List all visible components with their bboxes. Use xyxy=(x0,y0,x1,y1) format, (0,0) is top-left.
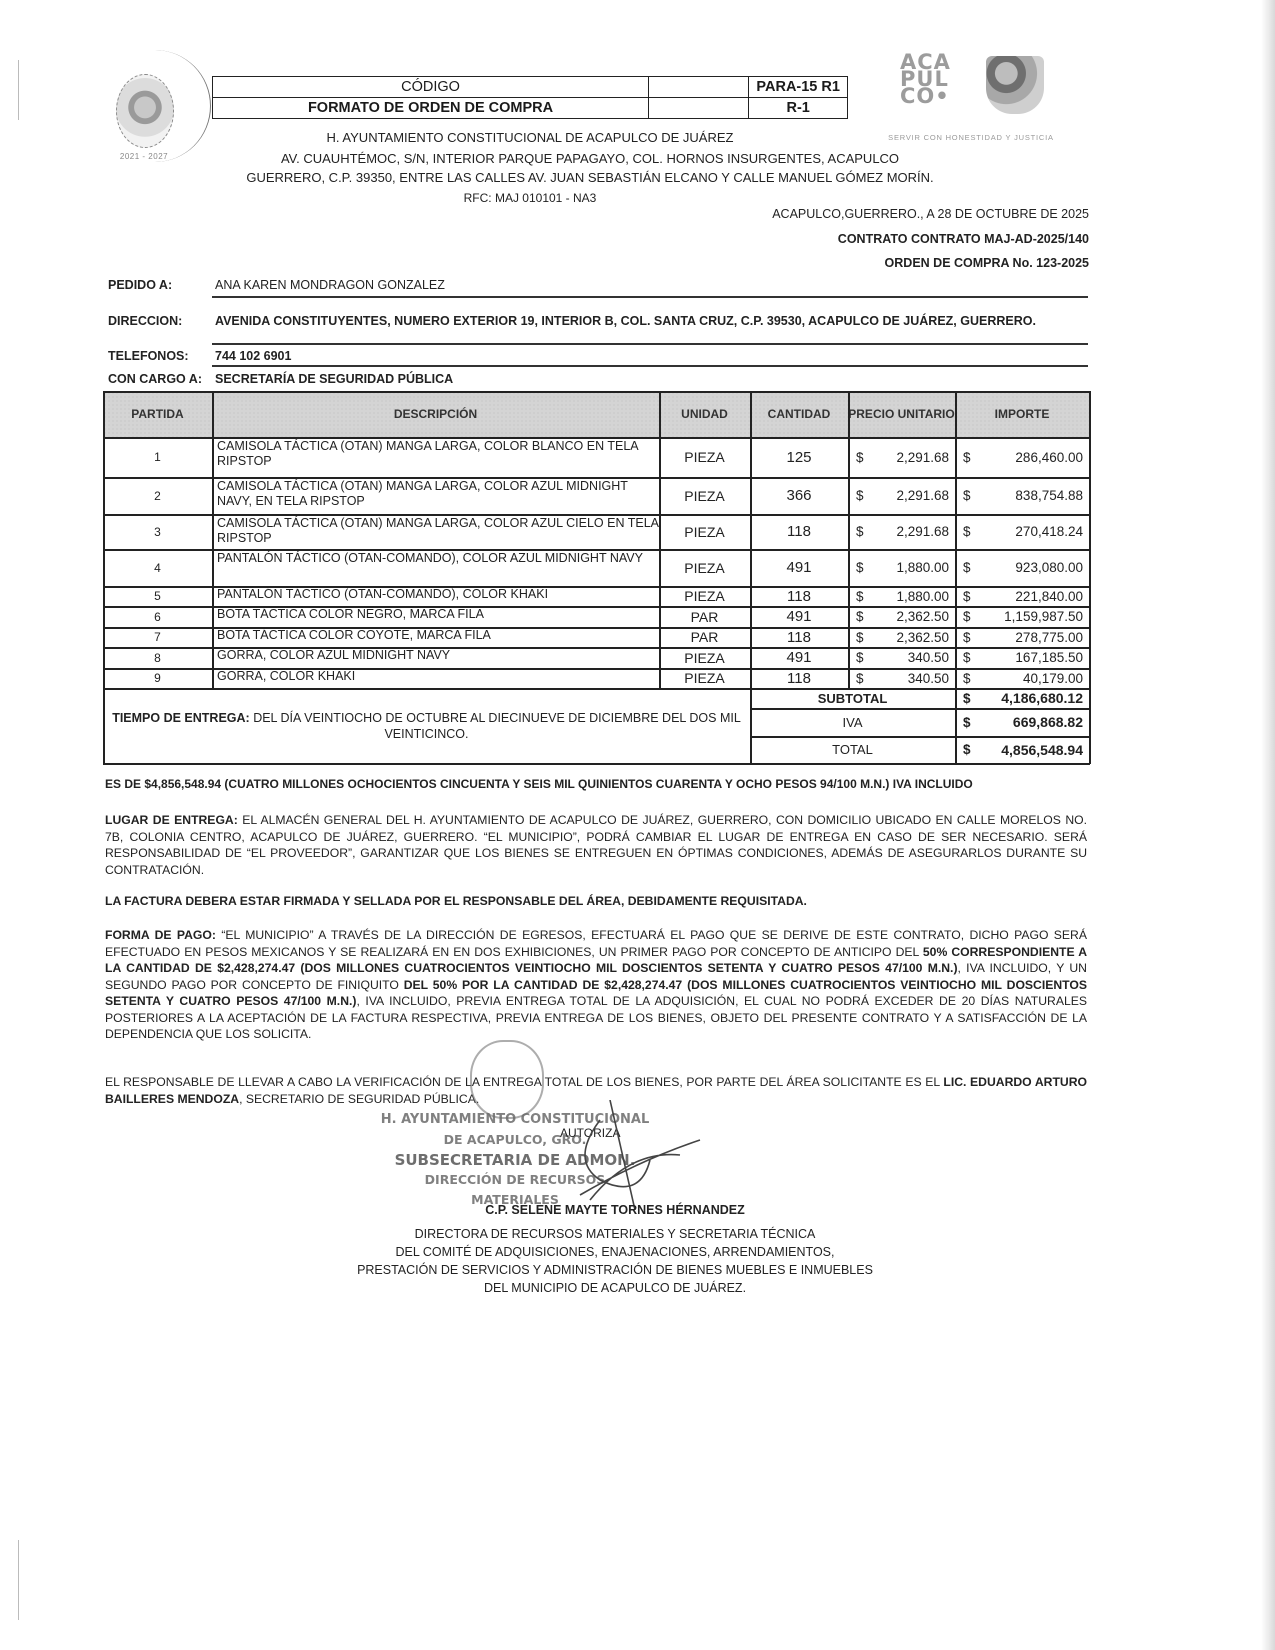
row-description: GORRA, COLOR AZUL MIDNIGHT NAVY xyxy=(212,647,659,668)
row-unit-price-currency: $ xyxy=(848,437,878,477)
row-partida: 1 xyxy=(103,437,212,477)
signer-title-line: DEL COMITÉ DE ADQUISICIONES, ENAJENACION… xyxy=(300,1243,930,1261)
row-amount-currency: $ xyxy=(955,668,985,688)
row-amount-currency: $ xyxy=(955,586,985,606)
signer-name: C.P. SELENE MAYTE TORNES HÉRNANDEZ xyxy=(300,1203,930,1217)
row-unit-price-currency: $ xyxy=(848,606,878,627)
row-unit-price: 2,291.68 xyxy=(878,477,955,514)
place-date: ACAPULCO,GUERRERO., A 28 DE OCTUBRE DE 2… xyxy=(772,207,1089,221)
scan-edge-shadow xyxy=(1261,0,1275,1650)
table-rule xyxy=(103,763,1090,765)
revision-value: R-1 xyxy=(749,98,848,119)
field-underline xyxy=(212,365,1088,367)
table-rule xyxy=(103,549,1089,551)
supplier-name: ANA KAREN MONDRAGON GONZALEZ xyxy=(215,278,445,292)
acapulco-brand-logo: ACA PUL CO• xyxy=(900,54,966,105)
row-unit: PAR xyxy=(659,606,750,627)
row-quantity: 366 xyxy=(750,477,848,514)
supplier-address: AVENIDA CONSTITUYENTES, NUMERO EXTERIOR … xyxy=(215,314,1036,328)
header-importe: IMPORTE xyxy=(955,391,1089,437)
row-unit: PIEZA xyxy=(659,647,750,668)
total-value: 4,856,548.94 xyxy=(985,736,1089,763)
row-partida: 4 xyxy=(103,549,212,586)
row-partida: 6 xyxy=(103,606,212,627)
table-rule xyxy=(103,391,105,763)
table-rule xyxy=(103,647,1089,649)
row-description: PANTALÓN TÁCTICO (OTAN-COMANDO), COLOR A… xyxy=(212,549,659,586)
row-amount: 270,418.24 xyxy=(985,514,1089,549)
row-unit-price-currency: $ xyxy=(848,647,878,668)
row-amount: 1,159,987.50 xyxy=(985,606,1089,627)
row-unit-price-currency: $ xyxy=(848,514,878,549)
table-rule xyxy=(103,586,1089,588)
row-amount-currency: $ xyxy=(955,627,985,647)
brand-tagline: SERVIR CON HONESTIDAD Y JUSTICIA xyxy=(866,133,1076,142)
row-amount-currency: $ xyxy=(955,514,985,549)
row-amount-currency: $ xyxy=(955,647,985,668)
table-rule xyxy=(103,437,1089,439)
cargo-label: CON CARGO A: xyxy=(108,372,202,386)
charged-department: SECRETARÍA DE SEGURIDAD PÚBLICA xyxy=(215,372,453,386)
field-underline xyxy=(212,343,1088,345)
code-value: PARA-15 R1 xyxy=(749,77,848,98)
row-unit-price: 1,880.00 xyxy=(878,549,955,586)
scan-mark xyxy=(18,60,19,120)
row-unit-price-currency: $ xyxy=(848,627,878,647)
pedido-label: PEDIDO A: xyxy=(108,278,172,292)
row-partida: 3 xyxy=(103,514,212,549)
row-amount-currency: $ xyxy=(955,606,985,627)
supplier-phone: 744 102 6901 xyxy=(215,349,291,363)
row-unit-price: 1,880.00 xyxy=(878,586,955,606)
row-quantity: 118 xyxy=(750,586,848,606)
table-rule xyxy=(955,391,957,763)
table-rule xyxy=(659,391,661,688)
table-rule xyxy=(1089,391,1091,764)
row-amount: 923,080.00 xyxy=(985,549,1089,586)
responsible-tail: , SECRETARIO DE SEGURIDAD PÚBLICA. xyxy=(239,1092,479,1106)
subtotal-value: 4,186,680.12 xyxy=(985,688,1089,708)
payment-terms-paragraph: FORMA DE PAGO: “EL MUNICIPIO” A TRAVÉS D… xyxy=(105,927,1087,1043)
total-currency: $ xyxy=(955,736,985,763)
logo-line: CO• xyxy=(900,88,966,105)
row-quantity: 491 xyxy=(750,606,848,627)
row-unit-price: 2,291.68 xyxy=(878,437,955,477)
signer-title-line: PRESTACIÓN DE SERVICIOS Y ADMINISTRACIÓN… xyxy=(300,1261,930,1279)
row-amount: 167,185.50 xyxy=(985,647,1089,668)
header-unidad: UNIDAD xyxy=(659,391,750,437)
amount-in-words: ES DE $4,856,548.94 (CUATRO MILLONES OCH… xyxy=(105,776,1087,793)
row-quantity: 491 xyxy=(750,549,848,586)
purchase-order-number: ORDEN DE COMPRA No. 123-2025 xyxy=(885,256,1089,270)
acapulco-shield-logo xyxy=(986,56,1044,114)
row-unit-price-currency: $ xyxy=(848,477,878,514)
address-line-2: GUERRERO, C.P. 39350, ENTRE LAS CALLES A… xyxy=(180,170,1000,185)
direccion-label: DIRECCION: xyxy=(108,314,182,328)
row-description: GORRA, COLOR KHAKI xyxy=(212,668,659,688)
row-unit: PIEZA xyxy=(659,437,750,477)
row-unit-price: 340.50 xyxy=(878,647,955,668)
row-amount-currency: $ xyxy=(955,477,985,514)
row-quantity: 118 xyxy=(750,627,848,647)
row-amount-currency: $ xyxy=(955,549,985,586)
rfc: RFC: MAJ 010101 - NA3 xyxy=(212,191,848,205)
row-description: CAMISOLA TÁCTICA (OTAN) MANGA LARGA, COL… xyxy=(212,477,659,514)
total-label: TOTAL xyxy=(750,736,955,763)
row-unit: PIEZA xyxy=(659,549,750,586)
contract-number: CONTRATO CONTRATO MAJ-AD-2025/140 xyxy=(838,232,1089,246)
row-partida: 7 xyxy=(103,627,212,647)
row-unit-price: 340.50 xyxy=(878,668,955,688)
signer-title-line: DIRECTORA DE RECURSOS MATERIALES Y SECRE… xyxy=(300,1225,930,1243)
table-rule xyxy=(750,708,1089,710)
row-amount-currency: $ xyxy=(955,437,985,477)
row-unit-price: 2,291.68 xyxy=(878,514,955,549)
signer-title-line: DEL MUNICIPIO DE ACAPULCO DE JUÁREZ. xyxy=(300,1279,930,1297)
row-unit: PIEZA xyxy=(659,477,750,514)
payment-label: FORMA DE PAGO: xyxy=(105,928,216,942)
row-partida: 5 xyxy=(103,586,212,606)
row-partida: 2 xyxy=(103,477,212,514)
iva-currency: $ xyxy=(955,708,985,736)
address-line-1: AV. CUAUHTÉMOC, S/N, INTERIOR PARQUE PAP… xyxy=(180,151,1000,166)
scan-mark xyxy=(18,1540,19,1620)
delivery-place-label: LUGAR DE ENTREGA: xyxy=(105,813,238,827)
delivery-time: TIEMPO DE ENTREGA: DEL DÍA VEINTIOCHO DE… xyxy=(103,688,750,763)
row-partida: 9 xyxy=(103,668,212,688)
table-rule xyxy=(750,736,1089,738)
table-rule xyxy=(103,391,1089,393)
delivery-time-text: TIEMPO DE ENTREGA: DEL DÍA VEINTIOCHO DE… xyxy=(107,710,746,742)
row-quantity: 118 xyxy=(750,514,848,549)
header-precio-unitario: PRECIO UNITARIO xyxy=(848,391,955,437)
table-rule xyxy=(750,391,752,763)
code-middle xyxy=(649,77,749,98)
subtotal-label: SUBTOTAL xyxy=(750,688,955,708)
row-unit-price-currency: $ xyxy=(848,668,878,688)
row-quantity: 118 xyxy=(750,668,848,688)
delivery-time-label: TIEMPO DE ENTREGA: xyxy=(112,711,253,725)
row-amount: 838,754.88 xyxy=(985,477,1089,514)
header-partida: PARTIDA xyxy=(103,391,212,437)
row-unit: PIEZA xyxy=(659,514,750,549)
format-title: FORMATO DE ORDEN DE COMPRA xyxy=(213,98,649,119)
telefonos-label: TELEFONOS: xyxy=(108,349,189,363)
document-code-table: CÓDIGO PARA-15 R1 FORMATO DE ORDEN DE CO… xyxy=(212,76,848,119)
header-descripcion: DESCRIPCIÓN xyxy=(212,391,659,437)
invoice-requirement: LA FACTURA DEBERA ESTAR FIRMADA Y SELLAD… xyxy=(105,893,1087,910)
row-amount: 286,460.00 xyxy=(985,437,1089,477)
row-description: CAMISOLA TÁCTICA (OTAN) MANGA LARGA, COL… xyxy=(212,437,659,477)
row-description: BOTA TÁCTICA COLOR COYOTE, MARCA FILA xyxy=(212,627,659,647)
table-rule xyxy=(103,688,1089,690)
row-amount: 40,179.00 xyxy=(985,668,1089,688)
row-unit-price-currency: $ xyxy=(848,549,878,586)
table-rule xyxy=(103,477,1089,479)
row-partida: 8 xyxy=(103,647,212,668)
subtotal-currency: $ xyxy=(955,688,985,708)
table-rule xyxy=(103,627,1089,629)
official-stamp-seal xyxy=(470,1040,544,1119)
table-rule xyxy=(103,668,1089,670)
table-rule xyxy=(103,606,1089,608)
iva-value: 669,868.82 xyxy=(985,708,1089,736)
row-unit: PAR xyxy=(659,627,750,647)
delivery-time-value: DEL DÍA VEINTIOCHO DE OCTUBRE AL DIECINU… xyxy=(253,711,741,741)
institution-name: H. AYUNTAMIENTO CONSTITUCIONAL DE ACAPUL… xyxy=(212,130,848,145)
field-underline xyxy=(212,296,1088,298)
row-quantity: 491 xyxy=(750,647,848,668)
handwritten-signature xyxy=(560,1100,720,1210)
iva-label: IVA xyxy=(750,708,955,736)
row-amount: 278,775.00 xyxy=(985,627,1089,647)
table-rule xyxy=(103,514,1089,516)
header-cantidad: CANTIDAD xyxy=(750,391,848,437)
row-amount: 221,840.00 xyxy=(985,586,1089,606)
row-quantity: 125 xyxy=(750,437,848,477)
row-description: CAMISOLA TÁCTICA (OTAN) MANGA LARGA, COL… xyxy=(212,514,659,549)
row-unit: PIEZA xyxy=(659,586,750,606)
delivery-place-text: EL ALMACÉN GENERAL DEL H. AYUNTAMIENTO D… xyxy=(105,813,1087,877)
code-label: CÓDIGO xyxy=(213,77,649,98)
format-middle xyxy=(649,98,749,119)
row-unit: PIEZA xyxy=(659,668,750,688)
row-unit-price: 2,362.50 xyxy=(878,627,955,647)
delivery-place-paragraph: LUGAR DE ENTREGA: EL ALMACÉN GENERAL DEL… xyxy=(105,812,1087,878)
items-table: PARTIDADESCRIPCIÓNUNIDADCANTIDADPRECIO U… xyxy=(103,391,1089,763)
table-rule xyxy=(212,391,214,688)
row-description: BOTA TÁCTICA COLOR NEGRO, MARCA FILA xyxy=(212,606,659,627)
seal-divider-arc xyxy=(150,50,211,162)
row-unit-price: 2,362.50 xyxy=(878,606,955,627)
row-description: PANTALÓN TÁCTICO (OTAN-COMANDO), COLOR K… xyxy=(212,586,659,606)
table-rule xyxy=(848,391,850,688)
row-unit-price-currency: $ xyxy=(848,586,878,606)
